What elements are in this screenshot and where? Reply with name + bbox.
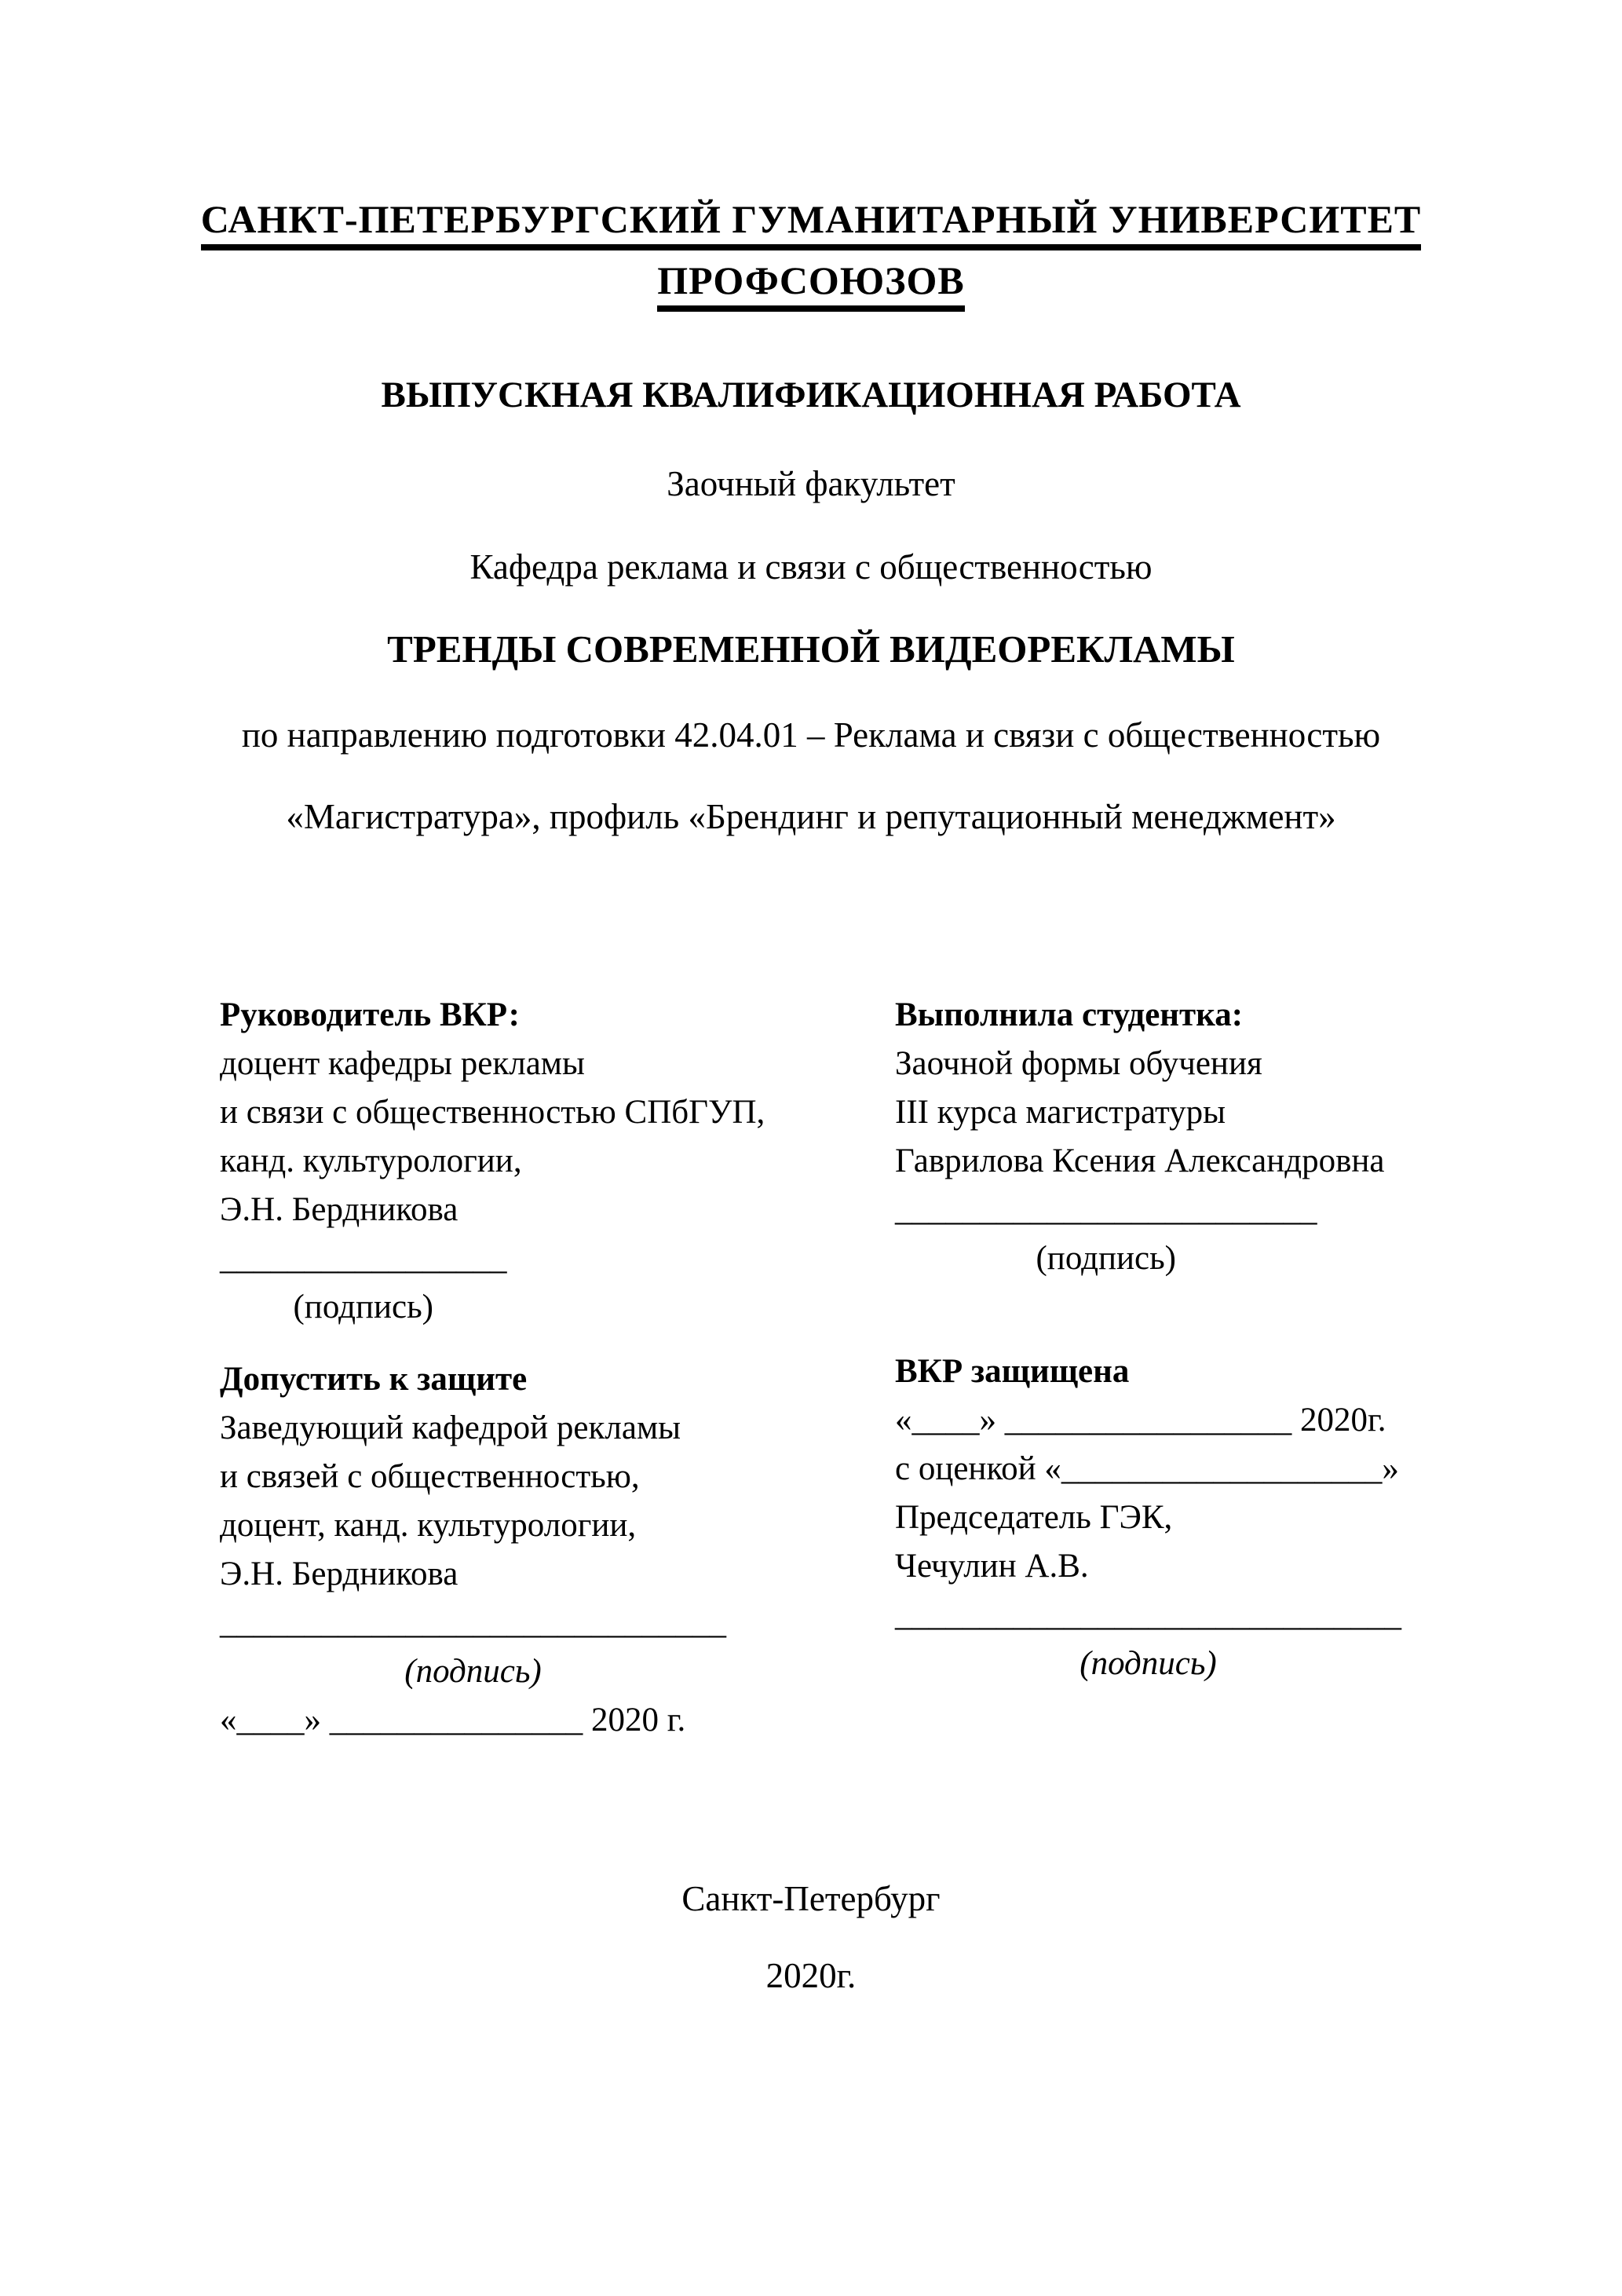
- university-name-line1: САНКТ-ПЕТЕРБУРГСКИЙ ГУМАНИТАРНЫЙ УНИВЕРС…: [0, 188, 1622, 250]
- program-line: по направлению подготовки 42.04.01 – Рек…: [0, 715, 1622, 755]
- supervisor-signature-caption: (подпись): [220, 1283, 507, 1332]
- defense-block: ВКР защищена «____» _________________ 20…: [895, 1347, 1570, 1688]
- year-line: 2020г.: [0, 1955, 1622, 1996]
- admission-signature-block: ______________________________ (подпись): [220, 1599, 726, 1696]
- university-name-line2: ПРОФСОЮЗОВ: [0, 250, 1622, 311]
- student-block: Выполнила студентка: Заочной формы обуче…: [895, 991, 1554, 1283]
- supervisor-line-1: доцент кафедры рекламы: [220, 1040, 848, 1088]
- student-line-3: Гаврилова Ксения Александровна: [895, 1137, 1554, 1186]
- supervisor-line-4: Э.Н. Бердникова: [220, 1186, 848, 1234]
- admission-signature-caption: (подпись): [220, 1647, 726, 1696]
- admission-line-3: доцент, канд. культурологии,: [220, 1501, 864, 1550]
- defense-signature-line: ______________________________: [895, 1591, 1401, 1640]
- supervisor-signature-line: _________________: [220, 1234, 507, 1283]
- student-heading: Выполнила студентка:: [895, 991, 1554, 1040]
- admission-line-2: и связей с общественностью,: [220, 1453, 864, 1501]
- defense-date-line: «____» _________________ 2020г.: [895, 1396, 1570, 1445]
- admission-line-1: Заведующий кафедрой рекламы: [220, 1404, 864, 1453]
- student-signature-caption: (подпись): [895, 1234, 1317, 1283]
- department-line: Кафедра реклама и связи с общественность…: [0, 547, 1622, 587]
- defense-grade-line: с оценкой «___________________»: [895, 1445, 1570, 1493]
- admission-block: Допустить к защите Заведующий кафедрой р…: [220, 1355, 864, 1745]
- faculty-line: Заочный факультет: [0, 463, 1622, 504]
- student-line-1: Заочной формы обучения: [895, 1040, 1554, 1088]
- admission-heading: Допустить к защите: [220, 1355, 864, 1404]
- defense-signature-block: ______________________________ (подпись): [895, 1591, 1401, 1688]
- work-type-heading: ВЫПУСКНАЯ КВАЛИФИКАЦИОННАЯ РАБОТА: [0, 374, 1622, 416]
- city-line: Санкт-Петербург: [0, 1878, 1622, 1919]
- title-page: САНКТ-ПЕТЕРБУРГСКИЙ ГУМАНИТАРНЫЙ УНИВЕРС…: [0, 0, 1622, 2296]
- admission-line-4: Э.Н. Бердникова: [220, 1550, 864, 1599]
- supervisor-line-2: и связи с общественностью СПбГУП,: [220, 1088, 848, 1137]
- supervisor-line-3: канд. культурологии,: [220, 1137, 848, 1186]
- student-signature-block: _________________________ (подпись): [895, 1186, 1317, 1283]
- defense-signature-caption: (подпись): [895, 1640, 1401, 1688]
- thesis-title: ТРЕНДЫ СОВРЕМЕННОЙ ВИДЕОРЕКЛАМЫ: [0, 627, 1622, 671]
- admission-signature-line: ______________________________: [220, 1599, 726, 1647]
- student-line-2: III курса магистратуры: [895, 1088, 1554, 1137]
- student-signature-line: _________________________: [895, 1186, 1317, 1234]
- supervisor-heading: Руководитель ВКР:: [220, 991, 848, 1040]
- supervisor-block: Руководитель ВКР: доцент кафедры рекламы…: [220, 991, 848, 1332]
- defense-line-2: Чечулин А.В.: [895, 1542, 1570, 1591]
- defense-line-1: Председатель ГЭК,: [895, 1493, 1570, 1542]
- defense-heading: ВКР защищена: [895, 1347, 1570, 1396]
- university-name: САНКТ-ПЕТЕРБУРГСКИЙ ГУМАНИТАРНЫЙ УНИВЕРС…: [0, 188, 1622, 311]
- admission-date-line: «____» _______________ 2020 г.: [220, 1696, 864, 1745]
- profile-line: «Магистратура», профиль «Брендинг и репу…: [0, 796, 1622, 837]
- supervisor-signature-block: _________________ (подпись): [220, 1234, 507, 1332]
